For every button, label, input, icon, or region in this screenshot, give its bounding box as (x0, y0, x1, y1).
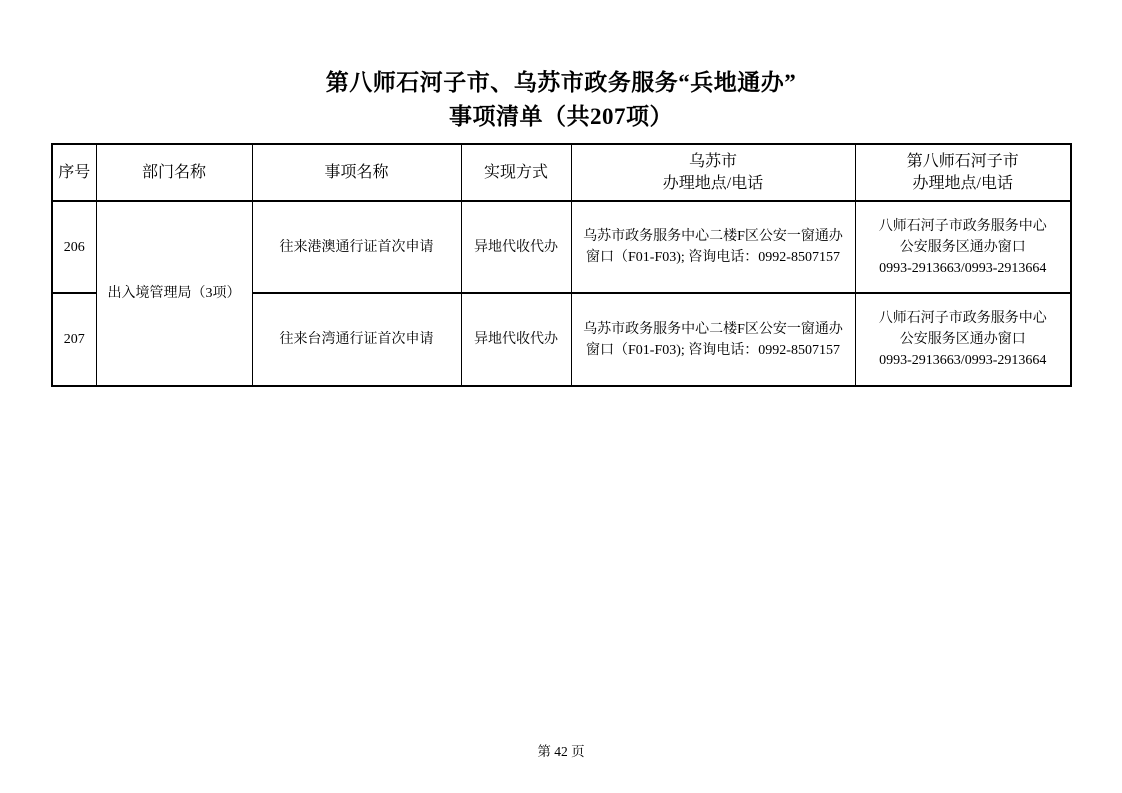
cell-serial-207: 207 (52, 293, 96, 386)
title-line-1: 第八师石河子市、乌苏市政务服务“兵地通办” (0, 66, 1122, 100)
cell-bashi-location-206: 八师石河子市政务服务中心 公安服务区通办窗口 0993-2913663/0993… (855, 201, 1071, 293)
service-items-table: 序号 部门名称 事项名称 实现方式 乌苏市 办理地点/电话 第八师石河子市 办理… (51, 143, 1072, 387)
table-row-206: 206 出入境管理局（3项） 往来港澳通行证首次申请 异地代收代办 乌苏市政务服… (52, 201, 1071, 293)
header-department-name: 部门名称 (96, 144, 252, 201)
header-row: 序号 部门名称 事项名称 实现方式 乌苏市 办理地点/电话 第八师石河子市 办理… (52, 144, 1071, 201)
cell-method-207: 异地代收代办 (461, 293, 571, 386)
header-wusu-location-phone: 乌苏市 办理地点/电话 (571, 144, 855, 201)
cell-wusu-location-206: 乌苏市政务服务中心二楼F区公安一窗通办 窗口（F01-F03); 咨询电话：09… (571, 201, 855, 293)
header-bashi-location-phone: 第八师石河子市 办理地点/电话 (855, 144, 1071, 201)
title-line-2: 事项清单（共207项） (0, 100, 1122, 134)
cell-item-206: 往来港澳通行证首次申请 (252, 201, 461, 293)
page-number: 第 42 页 (0, 740, 1122, 760)
cell-method-206: 异地代收代办 (461, 201, 571, 293)
document-page: 第八师石河子市、乌苏市政务服务“兵地通办” 事项清单（共207项） 序号 部门名… (0, 0, 1122, 793)
header-serial-number: 序号 (52, 144, 96, 201)
cell-department-merged: 出入境管理局（3项） (96, 201, 252, 386)
header-item-name: 事项名称 (252, 144, 461, 201)
cell-serial-206: 206 (52, 201, 96, 293)
cell-item-207: 往来台湾通行证首次申请 (252, 293, 461, 386)
cell-bashi-location-207: 八师石河子市政务服务中心 公安服务区通办窗口 0993-2913663/0993… (855, 293, 1071, 386)
table-body: 206 出入境管理局（3项） 往来港澳通行证首次申请 异地代收代办 乌苏市政务服… (52, 201, 1071, 386)
document-title: 第八师石河子市、乌苏市政务服务“兵地通办” 事项清单（共207项） (0, 66, 1122, 134)
table-header: 序号 部门名称 事项名称 实现方式 乌苏市 办理地点/电话 第八师石河子市 办理… (52, 144, 1071, 201)
cell-wusu-location-207: 乌苏市政务服务中心二楼F区公安一窗通办 窗口（F01-F03); 咨询电话：09… (571, 293, 855, 386)
header-implementation-method: 实现方式 (461, 144, 571, 201)
